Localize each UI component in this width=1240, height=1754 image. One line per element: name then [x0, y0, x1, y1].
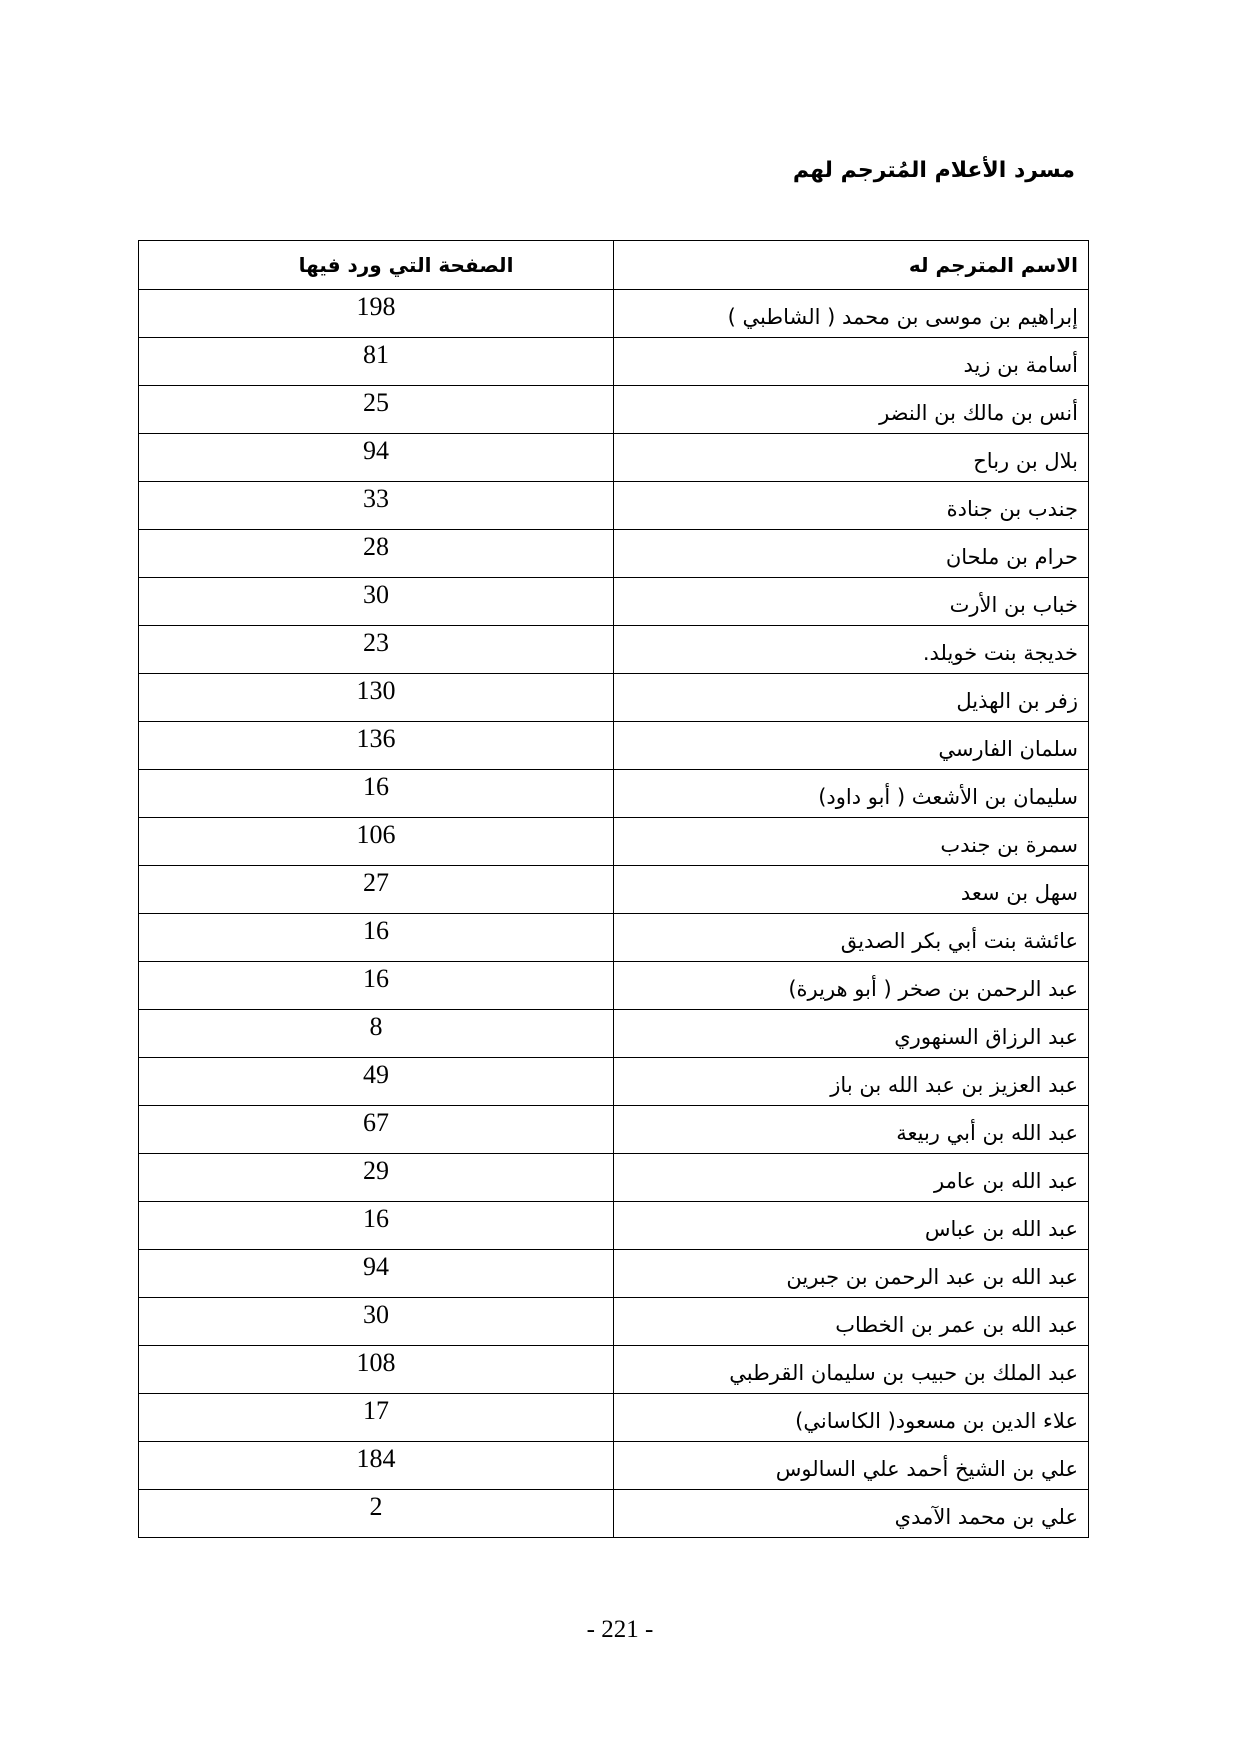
- name-cell: علي بن الشيخ أحمد علي السالوس: [614, 1442, 1089, 1490]
- table-row: عبد الله بن عامر 29: [139, 1154, 1089, 1202]
- name-cell: سمرة بن جندب: [614, 818, 1089, 866]
- page-title: مسرد الأعلام المُترجم لهم: [793, 153, 1075, 189]
- name-cell: علاء الدين بن مسعود( الكاساني): [614, 1394, 1089, 1442]
- name-cell: علي بن محمد الآمدي: [614, 1490, 1089, 1538]
- page-cell: 17: [139, 1394, 614, 1442]
- name-cell: سليمان بن الأشعث ( أبو داود): [614, 770, 1089, 818]
- table-row: سلمان الفارسي 136: [139, 722, 1089, 770]
- table-row: أنس بن مالك بن النضر 25: [139, 386, 1089, 434]
- name-cell: زفر بن الهذيل: [614, 674, 1089, 722]
- page-cell: 30: [139, 1298, 614, 1346]
- table-row: سهل بن سعد 27: [139, 866, 1089, 914]
- page-cell: 16: [139, 1202, 614, 1250]
- name-cell: خديجة بنت خويلد.: [614, 626, 1089, 674]
- page-cell: 198: [139, 290, 614, 338]
- page-cell: 81: [139, 338, 614, 386]
- table-row: علي بن الشيخ أحمد علي السالوس 184: [139, 1442, 1089, 1490]
- page-cell: 49: [139, 1058, 614, 1106]
- page-number: - 221 -: [0, 1612, 1240, 1648]
- page-cell: 94: [139, 434, 614, 482]
- page-cell: 136: [139, 722, 614, 770]
- name-cell: عبد الله بن عبد الرحمن بن جبرين: [614, 1250, 1089, 1298]
- page-cell: 94: [139, 1250, 614, 1298]
- page-cell: 33: [139, 482, 614, 530]
- table-header-row: الاسم المترجم له الصفحة التي ورد فيها: [139, 241, 1089, 290]
- name-cell: أنس بن مالك بن النضر: [614, 386, 1089, 434]
- name-cell: سلمان الفارسي: [614, 722, 1089, 770]
- table-row: حرام بن ملحان 28: [139, 530, 1089, 578]
- page-cell: 30: [139, 578, 614, 626]
- page-cell: 67: [139, 1106, 614, 1154]
- page-cell: 27: [139, 866, 614, 914]
- name-cell: أسامة بن زيد: [614, 338, 1089, 386]
- page-cell: 16: [139, 962, 614, 1010]
- table-row: سمرة بن جندب 106: [139, 818, 1089, 866]
- name-cell: حرام بن ملحان: [614, 530, 1089, 578]
- page-cell: 23: [139, 626, 614, 674]
- table-row: سليمان بن الأشعث ( أبو داود) 16: [139, 770, 1089, 818]
- name-cell: عبد العزيز بن عبد الله بن باز: [614, 1058, 1089, 1106]
- table-row: خديجة بنت خويلد. 23: [139, 626, 1089, 674]
- name-cell: عبد الله بن عمر بن الخطاب: [614, 1298, 1089, 1346]
- page-cell: 16: [139, 914, 614, 962]
- table-row: إبراهيم بن موسى بن محمد ( الشاطبي ) 198: [139, 290, 1089, 338]
- table-row: بلال بن رباح 94: [139, 434, 1089, 482]
- page-cell: 16: [139, 770, 614, 818]
- page-cell: 108: [139, 1346, 614, 1394]
- page-cell: 8: [139, 1010, 614, 1058]
- name-cell: خباب بن الأرت: [614, 578, 1089, 626]
- name-cell: جندب بن جنادة: [614, 482, 1089, 530]
- name-cell: عبد الملك بن حبيب بن سليمان القرطبي: [614, 1346, 1089, 1394]
- table-row: عائشة بنت أبي بكر الصديق 16: [139, 914, 1089, 962]
- page-cell: 28: [139, 530, 614, 578]
- name-cell: عبد الله بن عباس: [614, 1202, 1089, 1250]
- name-cell: إبراهيم بن موسى بن محمد ( الشاطبي ): [614, 290, 1089, 338]
- name-cell: عبد الرزاق السنهوري: [614, 1010, 1089, 1058]
- table-row: علي بن محمد الآمدي 2: [139, 1490, 1089, 1538]
- table-row: زفر بن الهذيل 130: [139, 674, 1089, 722]
- page-cell: 106: [139, 818, 614, 866]
- table-row: عبد الله بن أبي ربيعة 67: [139, 1106, 1089, 1154]
- column-header-name: الاسم المترجم له: [614, 241, 1089, 290]
- table-row: خباب بن الأرت 30: [139, 578, 1089, 626]
- table-row: أسامة بن زيد 81: [139, 338, 1089, 386]
- table-row: عبد الرزاق السنهوري 8: [139, 1010, 1089, 1058]
- biographies-index-table: الاسم المترجم له الصفحة التي ورد فيها إب…: [138, 240, 1089, 1538]
- name-cell: سهل بن سعد: [614, 866, 1089, 914]
- name-cell: عبد الله بن عامر: [614, 1154, 1089, 1202]
- page-cell: 2: [139, 1490, 614, 1538]
- table-row: جندب بن جنادة 33: [139, 482, 1089, 530]
- page-cell: 25: [139, 386, 614, 434]
- name-cell: عبد الرحمن بن صخر ( أبو هريرة): [614, 962, 1089, 1010]
- table-row: عبد الرحمن بن صخر ( أبو هريرة) 16: [139, 962, 1089, 1010]
- page-cell: 184: [139, 1442, 614, 1490]
- column-header-page: الصفحة التي ورد فيها: [139, 241, 614, 290]
- table-row: عبد العزيز بن عبد الله بن باز 49: [139, 1058, 1089, 1106]
- table-row: عبد الملك بن حبيب بن سليمان القرطبي 108: [139, 1346, 1089, 1394]
- table-row: عبد الله بن عبد الرحمن بن جبرين 94: [139, 1250, 1089, 1298]
- table-row: علاء الدين بن مسعود( الكاساني) 17: [139, 1394, 1089, 1442]
- name-cell: بلال بن رباح: [614, 434, 1089, 482]
- table-row: عبد الله بن عباس 16: [139, 1202, 1089, 1250]
- page-cell: 130: [139, 674, 614, 722]
- name-cell: عبد الله بن أبي ربيعة: [614, 1106, 1089, 1154]
- table-row: عبد الله بن عمر بن الخطاب 30: [139, 1298, 1089, 1346]
- page-cell: 29: [139, 1154, 614, 1202]
- name-cell: عائشة بنت أبي بكر الصديق: [614, 914, 1089, 962]
